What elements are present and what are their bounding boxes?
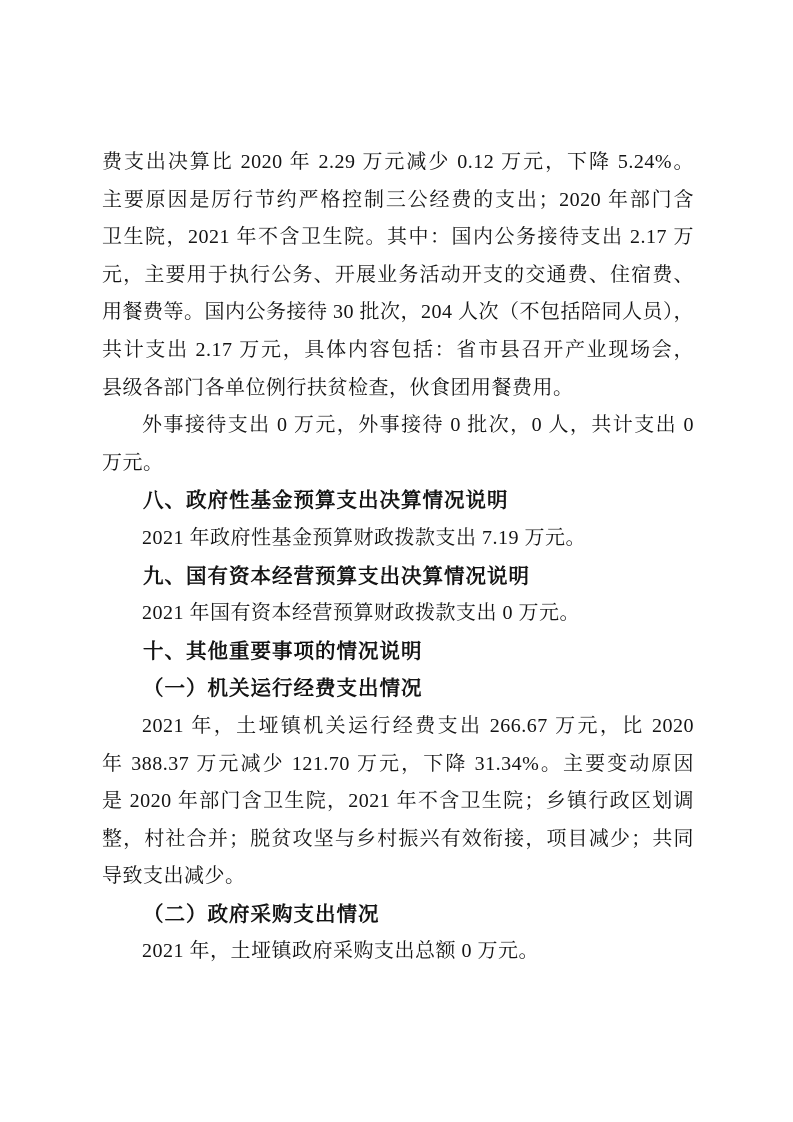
body-paragraph: 2021 年，土垭镇政府采购支出总额 0 万元。 xyxy=(102,933,694,971)
document-body: 费支出决算比 2020 年 2.29 万元减少 0.12 万元，下降 5.24%… xyxy=(102,144,694,971)
text-line: 县级各部门各单位例行扶贫检查，伙食团用餐费用。 xyxy=(102,370,694,408)
text-line: 2021 年，土垭镇政府采购支出总额 0 万元。 xyxy=(102,933,694,971)
body-paragraph: 费支出决算比 2020 年 2.29 万元减少 0.12 万元，下降 5.24%… xyxy=(102,144,694,407)
section-heading: （一）机关运行经费支出情况 xyxy=(102,670,694,708)
text-line: 卫生院，2021 年不含卫生院。其中：国内公务接待支出 2.17 万 xyxy=(102,219,694,257)
text-line: 共计支出 2.17 万元，具体内容包括：省市县召开产业现场会， xyxy=(102,332,694,370)
text-line: 2021 年，土垭镇机关运行经费支出 266.67 万元，比 2020 xyxy=(102,708,694,746)
text-line: 主要原因是厉行节约严格控制三公经费的支出；2020 年部门含 xyxy=(102,182,694,220)
text-line: 是 2020 年部门含卫生院，2021 年不含卫生院；乡镇行政区划调 xyxy=(102,783,694,821)
section-heading: 八、政府性基金预算支出决算情况说明 xyxy=(102,482,694,520)
text-line: 用餐费等。国内公务接待 30 批次，204 人次（不包括陪同人员）， xyxy=(102,294,694,332)
text-line: 九、国有资本经营预算支出决算情况说明 xyxy=(102,558,694,596)
body-paragraph: 外事接待支出 0 万元，外事接待 0 批次，0 人，共计支出 0万元。 xyxy=(102,407,694,482)
text-line: 2021 年国有资本经营预算财政拨款支出 0 万元。 xyxy=(102,595,694,633)
text-line: 外事接待支出 0 万元，外事接待 0 批次，0 人，共计支出 0 xyxy=(102,407,694,445)
text-line: 导致支出减少。 xyxy=(102,858,694,896)
text-line: 八、政府性基金预算支出决算情况说明 xyxy=(102,482,694,520)
document-page: 费支出决算比 2020 年 2.29 万元减少 0.12 万元，下降 5.24%… xyxy=(0,0,793,1122)
text-line: 万元。 xyxy=(102,445,694,483)
text-line: 整，村社合并；脱贫攻坚与乡村振兴有效衔接，项目减少；共同 xyxy=(102,821,694,859)
body-paragraph: 2021 年国有资本经营预算财政拨款支出 0 万元。 xyxy=(102,595,694,633)
text-line: 元，主要用于执行公务、开展业务活动开支的交通费、住宿费、 xyxy=(102,257,694,295)
text-line: 费支出决算比 2020 年 2.29 万元减少 0.12 万元，下降 5.24%… xyxy=(102,144,694,182)
body-paragraph: 2021 年，土垭镇机关运行经费支出 266.67 万元，比 2020年 388… xyxy=(102,708,694,896)
section-heading: （二）政府采购支出情况 xyxy=(102,896,694,934)
text-line: 年 388.37 万元减少 121.70 万元，下降 31.34%。主要变动原因 xyxy=(102,746,694,784)
section-heading: 十、其他重要事项的情况说明 xyxy=(102,633,694,671)
text-line: （二）政府采购支出情况 xyxy=(102,896,694,934)
text-line: 2021 年政府性基金预算财政拨款支出 7.19 万元。 xyxy=(102,520,694,558)
text-line: （一）机关运行经费支出情况 xyxy=(102,670,694,708)
text-line: 十、其他重要事项的情况说明 xyxy=(102,633,694,671)
section-heading: 九、国有资本经营预算支出决算情况说明 xyxy=(102,558,694,596)
body-paragraph: 2021 年政府性基金预算财政拨款支出 7.19 万元。 xyxy=(102,520,694,558)
